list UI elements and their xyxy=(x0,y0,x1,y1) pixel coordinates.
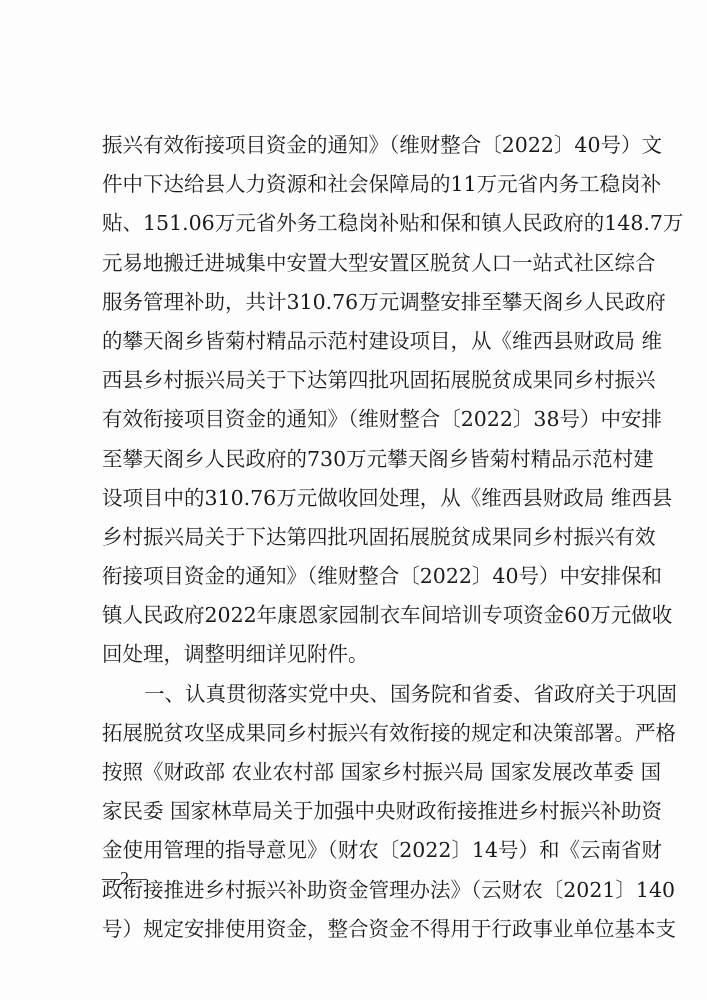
section-heading-line: 一、认真贯彻落实党中央、国务院和省委、省政府关于巩固 xyxy=(102,675,606,714)
text-line: 拓展脱贫攻坚成果同乡村振兴有效衔接的规定和决策部署。严格 xyxy=(102,714,606,753)
text-line: 西县乡村振兴局关于下达第四批巩固拓展脱贫成果同乡村振兴 xyxy=(102,361,606,400)
text-line: 家民委 国家林草局关于加强中央财政衔接推进乡村振兴补助资 xyxy=(102,792,606,831)
text-line: 服务管理补助，共计310.76万元调整安排至攀天阁乡人民政府 xyxy=(102,283,606,322)
text-line: 振兴有效衔接项目资金的通知》（维财整合〔2022〕40号）文 xyxy=(102,126,606,165)
text-line: 有效衔接项目资金的通知》（维财整合〔2022〕38号）中安排 xyxy=(102,400,606,439)
text-line: 设项目中的310.76万元做收回处理，从《维西县财政局 维西县 xyxy=(102,479,606,518)
text-line: 至攀天阁乡人民政府的730万元攀天阁乡皆菊村精品示范村建 xyxy=(102,440,606,479)
document-body: 振兴有效衔接项目资金的通知》（维财整合〔2022〕40号）文 件中下达给县人力资… xyxy=(102,126,606,949)
text-line: 金使用管理的指导意见》（财农〔2022〕14号）和《云南省财 xyxy=(102,831,606,870)
page-number: —2— xyxy=(102,868,147,889)
text-line: 件中下达给县人力资源和社会保障局的11万元省内务工稳岗补 xyxy=(102,165,606,204)
text-line: 乡村振兴局关于下达第四批巩固拓展脱贫成果同乡村振兴有效 xyxy=(102,518,606,557)
text-line: 衔接项目资金的通知》（维财整合〔2022〕40号）中安排保和 xyxy=(102,557,606,596)
text-line: 按照《财政部 农业农村部 国家乡村振兴局 国家发展改革委 国 xyxy=(102,753,606,792)
text-line: 回处理，调整明细详见附件。 xyxy=(102,635,606,674)
text-line: 元易地搬迁进城集中安置大型安置区脱贫人口一站式社区综合 xyxy=(102,244,606,283)
text-line: 的攀天阁乡皆菊村精品示范村建设项目，从《维西县财政局 维 xyxy=(102,322,606,361)
text-line: 贴、151.06万元省外务工稳岗补贴和保和镇人民政府的148.7万 xyxy=(102,204,606,243)
text-line: 政衔接推进乡村振兴补助资金管理办法》（云财农〔2021〕140 xyxy=(102,871,606,910)
text-line: 镇人民政府2022年康恩家园制衣车间培训专项资金60万元做收 xyxy=(102,596,606,635)
document-page: 振兴有效衔接项目资金的通知》（维财整合〔2022〕40号）文 件中下达给县人力资… xyxy=(0,0,707,1000)
text-line: 号）规定安排使用资金，整合资金不得用于行政事业单位基本支 xyxy=(102,910,606,949)
